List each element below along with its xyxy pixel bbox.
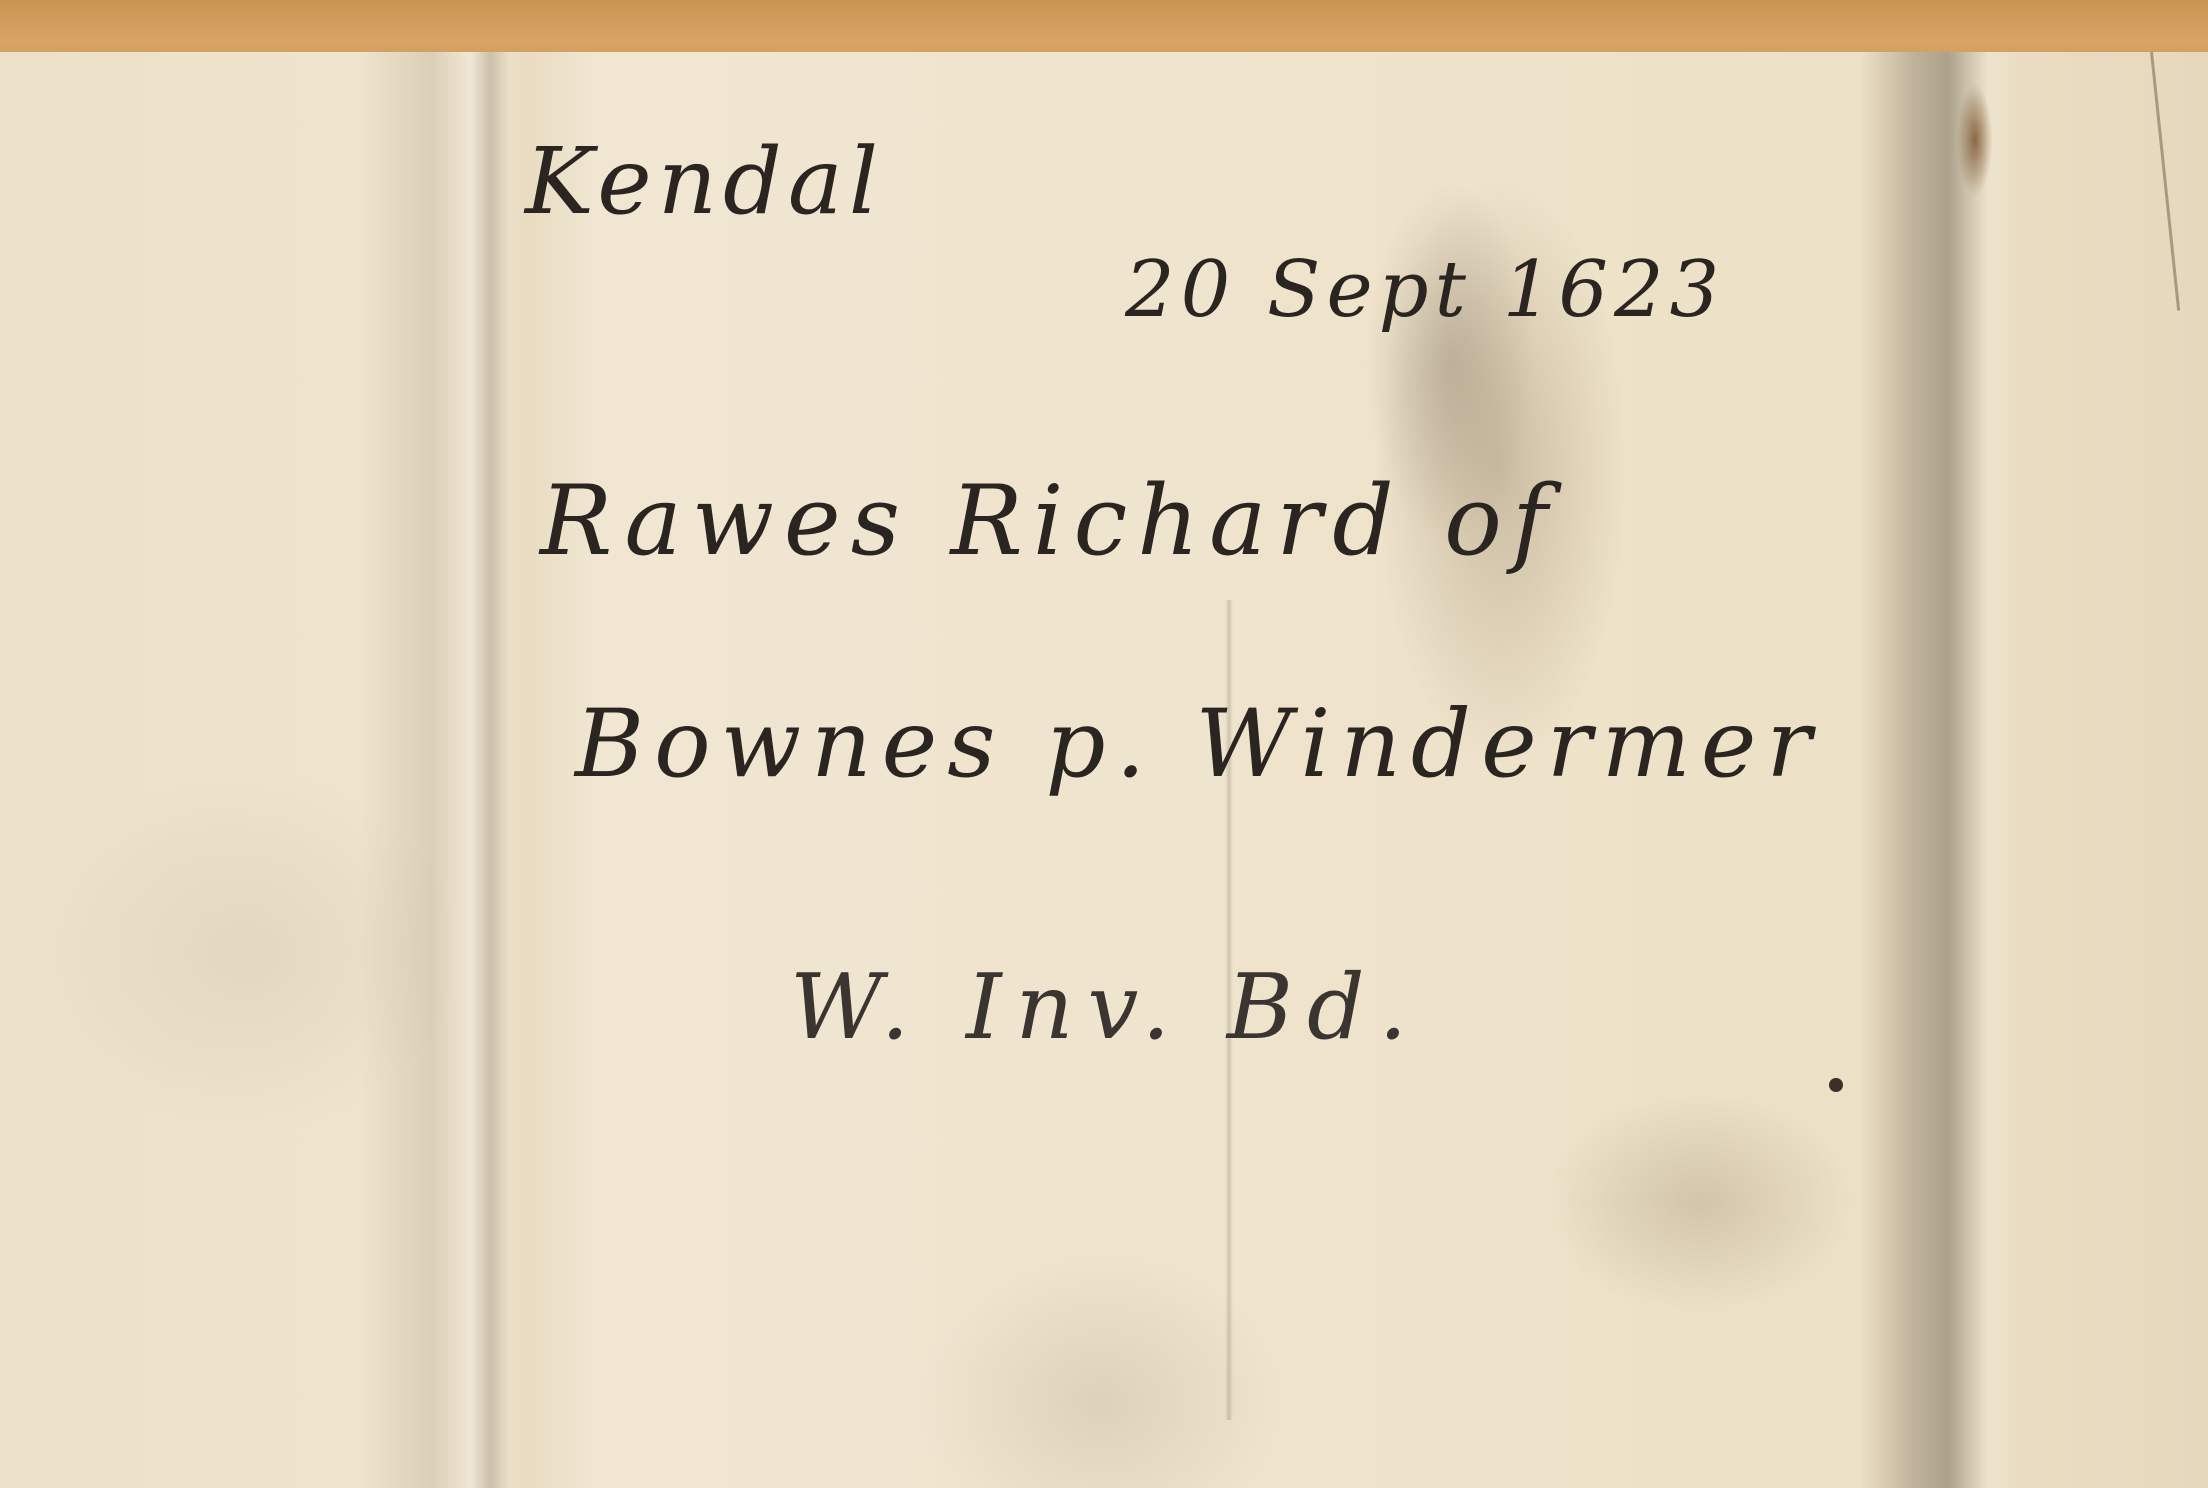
- note-text: W. Inv. Bd.: [790, 955, 1421, 1060]
- place-text: Kendal: [525, 128, 884, 235]
- parish-text: Bownes p. Windermer: [575, 690, 1821, 799]
- torn-edge: [1945, 40, 2005, 210]
- ink-spot: [1829, 1078, 1843, 1092]
- date-text: 20 Sept 1623: [1125, 245, 1725, 335]
- name-text: Rawes Richard of: [540, 465, 1557, 577]
